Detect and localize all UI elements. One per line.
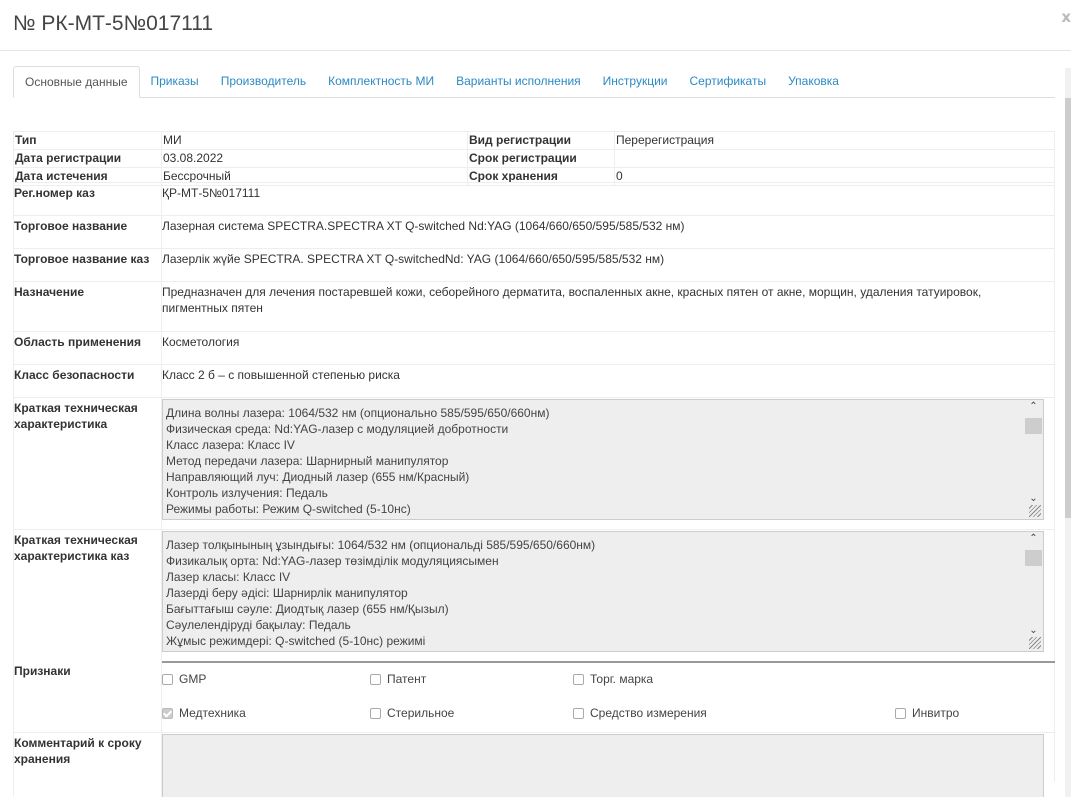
- tab-bar: Основные данные Приказы Производитель Ко…: [13, 66, 1055, 98]
- storage-comment-row: Комментарий к сроку хранения: [13, 732, 1055, 797]
- purpose-label: Назначение: [14, 284, 154, 300]
- purpose-value: Предназначен для лечения постаревшей кож…: [162, 284, 1042, 316]
- trade-name-kaz-value: Лазерлік жүйе SPECTRA. SPECTRA XT Q-swit…: [162, 251, 1042, 267]
- trade-name-kaz-label: Торговое название каз: [14, 251, 154, 267]
- text-line: Класс лазера: Класс IV: [166, 437, 1023, 453]
- trade-name-value: Лазерная система SPECTRA.SPECTRA XT Q-sw…: [162, 218, 1042, 234]
- reg-number-kaz-label: Рег.номер каз: [14, 185, 154, 201]
- tab-instructions[interactable]: Инструкции: [592, 66, 679, 97]
- reg-number-kaz-row: Рег.номер каз ҚР-МТ-5№017111: [13, 182, 1055, 216]
- tab-packaging[interactable]: Упаковка: [777, 66, 850, 97]
- safety-class-label: Класс безопасности: [14, 367, 154, 383]
- text-line: Физическая среда: Nd:YAG-лазер с модуляц…: [166, 421, 1023, 437]
- trade-name-label: Торговое название: [14, 218, 154, 234]
- tab-completeness[interactable]: Комплектность МИ: [317, 66, 445, 97]
- page-scrollbar[interactable]: [1065, 68, 1071, 797]
- scrollbar-thumb[interactable]: [1025, 418, 1042, 434]
- checkbox-trademark[interactable]: Торг. марка: [573, 672, 653, 686]
- page-scrollbar-thumb[interactable]: [1065, 98, 1071, 518]
- reg-term-label: Срок регистрации: [468, 150, 615, 168]
- text-line: Сәулелендіруді бақылау: Педаль: [166, 617, 1023, 633]
- text-line: Жұмыс режимдері: Q-switched (5-10нс) реж…: [166, 633, 1023, 649]
- text-line: Направляющий луч: Диодный лазер (655 нм/…: [166, 469, 1023, 485]
- tech-spec-kaz-textarea[interactable]: Лазер толқынының ұзындығы: 1064/532 нм (…: [162, 531, 1044, 652]
- storage-comment-label: Комментарий к сроку хранения: [14, 735, 154, 767]
- reg-term-value: [615, 150, 1055, 168]
- close-button[interactable]: x: [1061, 8, 1071, 26]
- chevron-down-icon[interactable]: ⌄: [1025, 625, 1042, 636]
- details-section: Рег.номер каз ҚР-МТ-5№017111 Торговое на…: [13, 182, 1055, 797]
- tab-variants[interactable]: Варианты исполнения: [445, 66, 592, 97]
- text-line: Лазерді беру әдісі: Шарнирлік манипулято…: [166, 585, 1023, 601]
- tech-spec-kaz-text: Лазер толқынының ұзындығы: 1064/532 нм (…: [166, 537, 1023, 649]
- checkbox-patent[interactable]: Патент: [370, 672, 426, 686]
- checkbox-sterile[interactable]: Стерильное: [370, 706, 454, 720]
- checkbox-gmp[interactable]: GMP: [162, 672, 206, 686]
- storage-comment-textarea[interactable]: [162, 734, 1044, 797]
- tech-spec-kaz-row: Краткая техническая характеристика каз Л…: [13, 529, 1055, 662]
- checkbox-icon[interactable]: [370, 708, 381, 719]
- text-line: Контроль излучения: Педаль: [166, 485, 1023, 501]
- attributes-row: Признаки GMP Патент Торг. марка Медтехни…: [13, 661, 1055, 732]
- trade-name-kaz-row: Торговое название каз Лазерлік жүйе SPEC…: [13, 248, 1055, 282]
- chevron-up-icon[interactable]: ⌃: [1025, 533, 1042, 544]
- reg-number-kaz-value: ҚР-МТ-5№017111: [162, 185, 1042, 201]
- text-line: Режимы работы: Режим Q-switched (5-10нс): [166, 501, 1023, 517]
- tech-spec-text: Длина волны лазера: 1064/532 нм (опциона…: [166, 405, 1023, 517]
- resize-grip-icon[interactable]: [1029, 505, 1041, 517]
- reg-kind-label: Вид регистрации: [468, 132, 615, 150]
- checkbox-icon[interactable]: [895, 708, 906, 719]
- text-line: Бағыттағыш сәуле: Диодтық лазер (655 нм/…: [166, 601, 1023, 617]
- application-row: Область применения Косметология: [13, 331, 1055, 365]
- modal-header: № РК-МТ-5№017111 x: [0, 0, 1071, 51]
- tech-spec-label: Краткая техническая характеристика: [14, 400, 154, 432]
- checkbox-icon[interactable]: [162, 674, 173, 685]
- modal-title: № РК-МТ-5№017111: [13, 12, 213, 36]
- tech-spec-textarea[interactable]: Длина волны лазера: 1064/532 нм (опциона…: [162, 399, 1044, 520]
- type-label: Тип: [14, 132, 162, 150]
- resize-grip-icon[interactable]: [1029, 637, 1041, 649]
- checkbox-measuring[interactable]: Средство измерения: [573, 706, 707, 720]
- reg-date-value: 03.08.2022: [162, 150, 468, 168]
- safety-class-row: Класс безопасности Класс 2 б – с повышен…: [13, 364, 1055, 398]
- text-line: Лазер класы: Класс IV: [166, 569, 1023, 585]
- checkbox-invitro[interactable]: Инвитро: [895, 706, 959, 720]
- reg-date-label: Дата регистрации: [14, 150, 162, 168]
- application-label: Область применения: [14, 334, 154, 350]
- tech-spec-kaz-label: Краткая техническая характеристика каз: [14, 532, 154, 564]
- attributes-label: Признаки: [14, 663, 154, 679]
- checkbox-icon[interactable]: [573, 708, 584, 719]
- chevron-down-icon[interactable]: ⌄: [1025, 493, 1042, 504]
- trade-name-row: Торговое название Лазерная система SPECT…: [13, 215, 1055, 249]
- text-line: Физикалық орта: Nd:YAG-лазер төзімділік …: [166, 553, 1023, 569]
- summary-table: Тип МИ Вид регистрации Перерегистрация Д…: [13, 131, 1055, 186]
- checkbox-icon[interactable]: [573, 674, 584, 685]
- tech-spec-row: Краткая техническая характеристика Длина…: [13, 397, 1055, 530]
- checkbox-medtech[interactable]: Медтехника: [162, 706, 246, 720]
- table-row: Дата регистрации 03.08.2022 Срок регистр…: [14, 150, 1055, 168]
- tech-spec-kaz-scrollbar[interactable]: ⌃ ⌄: [1025, 533, 1042, 650]
- tab-main-data[interactable]: Основные данные: [13, 66, 140, 98]
- safety-class-value: Класс 2 б – с повышенной степенью риска: [162, 367, 1042, 383]
- tab-manufacturer[interactable]: Производитель: [210, 66, 317, 97]
- tab-certificates[interactable]: Сертификаты: [679, 66, 778, 97]
- tab-orders[interactable]: Приказы: [140, 66, 210, 97]
- text-line: Метод передачи лазера: Шарнирный манипул…: [166, 453, 1023, 469]
- checkbox-checked-icon[interactable]: [162, 708, 173, 719]
- text-line: Длина волны лазера: 1064/532 нм (опциона…: [166, 405, 1023, 421]
- chevron-up-icon[interactable]: ⌃: [1025, 401, 1042, 412]
- reg-kind-value: Перерегистрация: [615, 132, 1055, 150]
- application-value: Косметология: [162, 334, 1042, 350]
- purpose-row: Назначение Предназначен для лечения пост…: [13, 281, 1055, 332]
- text-line: Лазер толқынының ұзындығы: 1064/532 нм (…: [166, 537, 1023, 553]
- checkbox-icon[interactable]: [370, 674, 381, 685]
- type-value: МИ: [162, 132, 468, 150]
- table-row: Тип МИ Вид регистрации Перерегистрация: [14, 132, 1055, 150]
- scrollbar-thumb[interactable]: [1025, 550, 1042, 566]
- tech-spec-scrollbar[interactable]: ⌃ ⌄: [1025, 401, 1042, 518]
